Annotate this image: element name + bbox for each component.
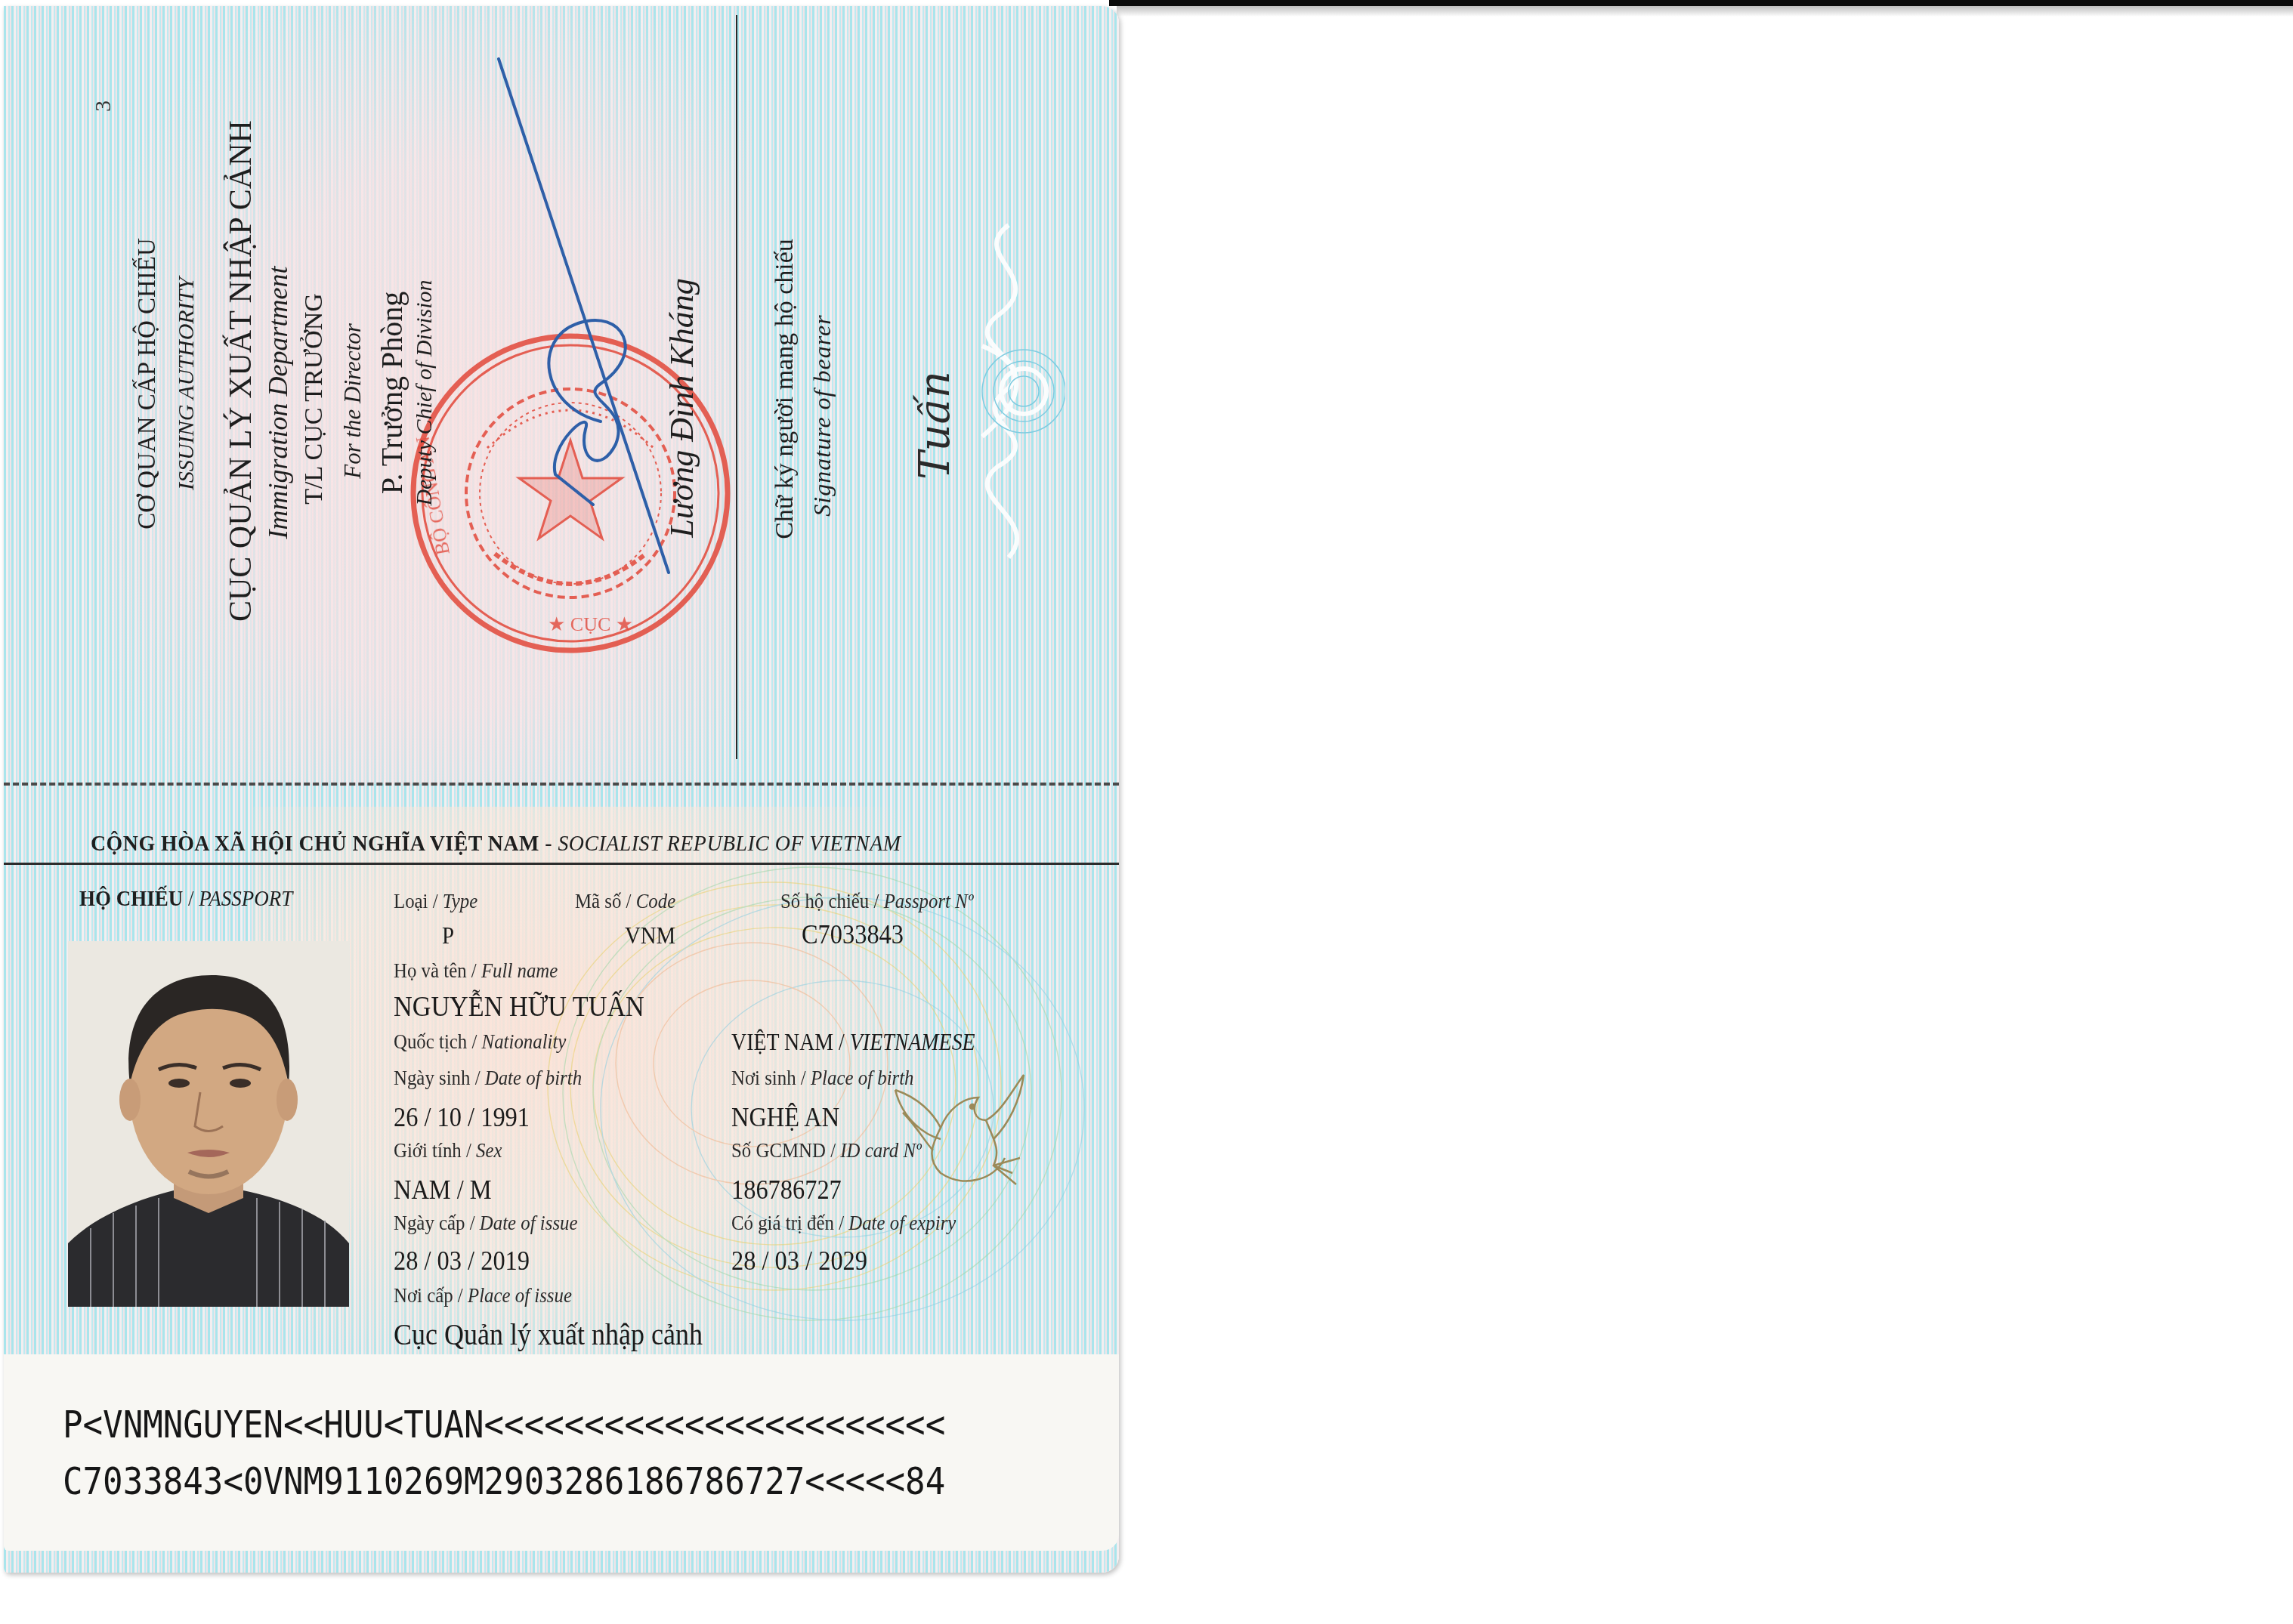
dove-icon bbox=[880, 1067, 1031, 1192]
scanner-edge-bar bbox=[1109, 0, 2293, 6]
mrz-zone: P<VNMNGUYEN<<HUU<TUAN<<<<<<<<<<<<<<<<<<<… bbox=[4, 1354, 1119, 1551]
nationality-label: Quốc tịch / Nationality bbox=[394, 1030, 566, 1054]
sex-label: Giới tính / Sex bbox=[394, 1139, 502, 1162]
issuing-authority-vi: CƠ QUAN CẤP HỘ CHIẾU bbox=[134, 218, 162, 550]
date-of-expiry-label: Có giá trị đến / Date of expiry bbox=[731, 1212, 956, 1235]
bearer-signature: Tuấn bbox=[910, 354, 960, 497]
date-of-issue-value: 28 / 03 / 2019 bbox=[394, 1245, 530, 1277]
holder-photo bbox=[68, 941, 349, 1307]
document-title: HỘ CHIẾU / PASSPORT bbox=[79, 886, 292, 912]
place-of-birth-value: NGHỆ AN bbox=[731, 1101, 839, 1133]
header-rule bbox=[4, 863, 1119, 865]
code-value: VNM bbox=[625, 922, 675, 949]
document-title-vi: HỘ CHIẾU bbox=[79, 886, 183, 911]
type-label: Loại / Type bbox=[394, 890, 477, 913]
passport-no-label: Số hộ chiếu / Passport Nº bbox=[780, 890, 973, 913]
date-of-issue-label: Ngày cấp / Date of issue bbox=[394, 1212, 578, 1235]
country-header: CỘNG HÒA XÃ HỘI CHỦ NGHĨA VIỆT NAM - SOC… bbox=[91, 831, 901, 857]
mrz-line-2: C7033843<0VNM9110269M2903286186786727<<<… bbox=[63, 1460, 945, 1503]
country-header-separator: - bbox=[539, 831, 558, 856]
country-header-en: SOCIALIST REPUBLIC OF VIETNAM bbox=[558, 831, 901, 856]
passport-document: 3 CƠ QUAN CẤP HỘ CHIẾU ISSUING AUTHORITY… bbox=[4, 6, 1119, 1573]
portrait-icon bbox=[68, 941, 349, 1307]
full-name-value: NGUYỄN HỮU TUẤN bbox=[394, 990, 644, 1023]
date-of-expiry-value: 28 / 03 / 2029 bbox=[731, 1245, 867, 1277]
signature-divider bbox=[736, 15, 737, 759]
page-fold-dashed-line bbox=[4, 783, 1119, 786]
country-header-vi: CỘNG HÒA XÃ HỘI CHỦ NGHĨA VIỆT NAM bbox=[91, 831, 539, 856]
place-of-issue-label: Nơi cấp / Place of issue bbox=[394, 1284, 572, 1308]
nationality-value: VIỆT NAM / VIETNAMESE bbox=[731, 1029, 975, 1056]
sex-value: NAM / M bbox=[394, 1174, 492, 1206]
dob-value: 26 / 10 / 1991 bbox=[394, 1101, 530, 1133]
issuing-authority-en: ISSUING AUTHORITY bbox=[174, 240, 199, 527]
department-vi: CỤC QUẢN LÝ XUẤT NHẬP CẢNH bbox=[223, 146, 259, 622]
on-behalf-vi: T/L CỤC TRƯỞNG bbox=[300, 278, 329, 520]
mrz-line-1: P<VNMNGUYEN<<HUU<TUAN<<<<<<<<<<<<<<<<<<<… bbox=[63, 1403, 945, 1446]
id-card-value: 186786727 bbox=[731, 1174, 842, 1206]
place-of-issue-value: Cục Quản lý xuất nhập cảnh bbox=[394, 1317, 703, 1352]
bearer-signature-label-en: Signature of bearer bbox=[808, 279, 836, 551]
page-number: 3 bbox=[91, 100, 116, 112]
svg-text:★ CỤC ★: ★ CỤC ★ bbox=[548, 613, 633, 635]
dob-label: Ngày sinh / Date of birth bbox=[394, 1067, 582, 1090]
scanner-edge-shadow bbox=[1117, 6, 2293, 17]
department-en: Immigration Department bbox=[262, 236, 294, 569]
passport-no-value: C7033843 bbox=[802, 919, 904, 950]
officer-title-en: Deputy Chief of Division bbox=[412, 272, 437, 514]
on-behalf-en: For the Director bbox=[339, 299, 366, 503]
full-name-label: Họ và tên / Full name bbox=[394, 959, 558, 983]
lotus-ornament-icon bbox=[952, 210, 1065, 573]
bearer-signature-label-vi: Chữ ký người mang hộ chiếu bbox=[771, 204, 799, 574]
code-label: Mã số / Code bbox=[575, 890, 675, 913]
type-value: P bbox=[442, 922, 454, 949]
officer-signature-icon bbox=[487, 51, 699, 595]
document-title-en: PASSPORT bbox=[199, 886, 292, 911]
